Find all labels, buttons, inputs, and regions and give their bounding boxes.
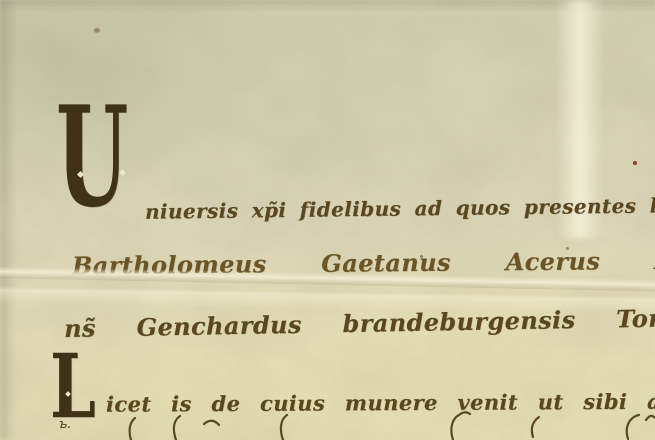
ink-smudge [94, 28, 100, 33]
illuminated-initial-U: U [56, 88, 128, 226]
parchment-document: U niuersis xp̃i fidelibus ad quos presen… [0, 0, 655, 440]
ink-dot [566, 247, 569, 250]
ink-dot [420, 255, 423, 258]
red-speck [633, 161, 637, 165]
line5-ascender-strokes [0, 410, 655, 440]
parchment-left-edge-shadow [0, 0, 16, 440]
text-line-3: ns̃ Genchardus brandeburgensis Torfinnus [64, 302, 655, 343]
